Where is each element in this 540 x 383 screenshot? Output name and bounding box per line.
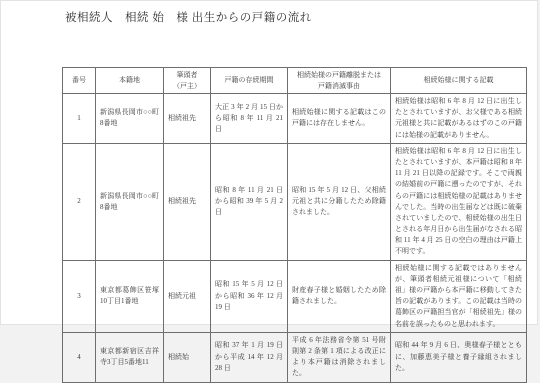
cell-number: 1	[63, 94, 96, 144]
cell-head-of-family: 相続始	[164, 332, 211, 382]
table-row: 2 新潟県長岡市○○町8番地 相続祖先 昭和 8 年 11 月 21 日から昭和…	[63, 143, 527, 260]
col-header-registered-domicile: 本籍地	[96, 68, 164, 94]
cell-remarks: 相続始様に関する記載ではありませんが、筆頭者相続元祖様について「相続祖」様の戸籍…	[391, 260, 527, 332]
cell-removal-reason: 昭和 15 年 5 月 12 日、父相続元祖と共に分籍したため除籍されました。	[288, 143, 391, 260]
cell-registered-domicile: 東京都新宿区吉祥寺3丁目5番地11	[96, 332, 164, 382]
cell-number: 2	[63, 143, 96, 260]
document-page: 被相続人 相続 始 様 出生からの戸籍の流れ 番号 本籍地 筆頭者 （戸主） 戸…	[0, 0, 538, 325]
cell-head-of-family: 相続祖先	[164, 143, 211, 260]
cell-registered-domicile: 新潟県長岡市○○町8番地	[96, 94, 164, 144]
cell-remarks: 相続始様は昭和 6 年 8 月 12 日に出生したとされていますが、お父様である…	[391, 94, 527, 144]
cell-number: 3	[63, 260, 96, 332]
cell-head-of-family: 相続祖先	[164, 94, 211, 144]
table-row: 3 東京都葛飾区笹塚10丁目1番地 相続元祖 昭和 15 年 5 月 12 日か…	[63, 260, 527, 332]
page-title: 被相続人 相続 始 様 出生からの戸籍の流れ	[65, 9, 312, 25]
cell-head-of-family: 相続元祖	[164, 260, 211, 332]
cell-removal-reason: 平成 6 年法務省令第 51 号附則第 2 条第 1 項による改正により本戸籍は…	[288, 332, 391, 382]
col-header-remarks: 相続始様に関する記載	[391, 68, 527, 94]
table-row: 1 新潟県長岡市○○町8番地 相続祖先 大正 3 年 2 月 15 日から昭和 …	[63, 94, 527, 144]
cell-removal-reason: 相続始様に関する記載はこの戸籍には存在しません。	[288, 94, 391, 144]
table-row: 4 東京都新宿区吉祥寺3丁目5番地11 相続始 昭和 37 年 1 月 19 日…	[63, 332, 527, 382]
cell-registered-domicile: 東京都葛飾区笹塚10丁目1番地	[96, 260, 164, 332]
cell-duration: 昭和 8 年 11 月 21 日から昭和 39 年 5 月 2 日	[211, 143, 288, 260]
cell-remarks: 相続始様は昭和 6 年 8 月 12 日に出生したとされていますが、本戸籍は昭和…	[391, 143, 527, 260]
col-header-number: 番号	[63, 68, 96, 94]
col-header-duration: 戸籍の存続期間	[211, 68, 288, 94]
header-row: 番号 本籍地 筆頭者 （戸主） 戸籍の存続期間 相続始様の戸籍離脱または 戸籍消…	[63, 68, 527, 94]
cell-number: 4	[63, 332, 96, 382]
cell-duration: 昭和 37 年 1 月 19 日から平成 14 年 12 月 28 日	[211, 332, 288, 382]
cell-duration: 昭和 15 年 5 月 12 日から昭和 36 年 12 月 19 日	[211, 260, 288, 332]
col-header-removal-reason: 相続始様の戸籍離脱または 戸籍消滅事由	[288, 68, 391, 94]
cell-remarks: 昭和 44 年 9 月 6 日、奥様春子様とともに、加藤恵美子様と養子縁組されま…	[391, 332, 527, 382]
cell-registered-domicile: 新潟県長岡市○○町8番地	[96, 143, 164, 260]
koseki-history-table: 番号 本籍地 筆頭者 （戸主） 戸籍の存続期間 相続始様の戸籍離脱または 戸籍消…	[62, 67, 527, 383]
cell-duration: 大正 3 年 2 月 15 日から昭和 8 年 11 月 21 日	[211, 94, 288, 144]
col-header-head-of-family: 筆頭者 （戸主）	[164, 68, 211, 94]
cell-removal-reason: 財産春子様と婚姻したため除籍されました。	[288, 260, 391, 332]
